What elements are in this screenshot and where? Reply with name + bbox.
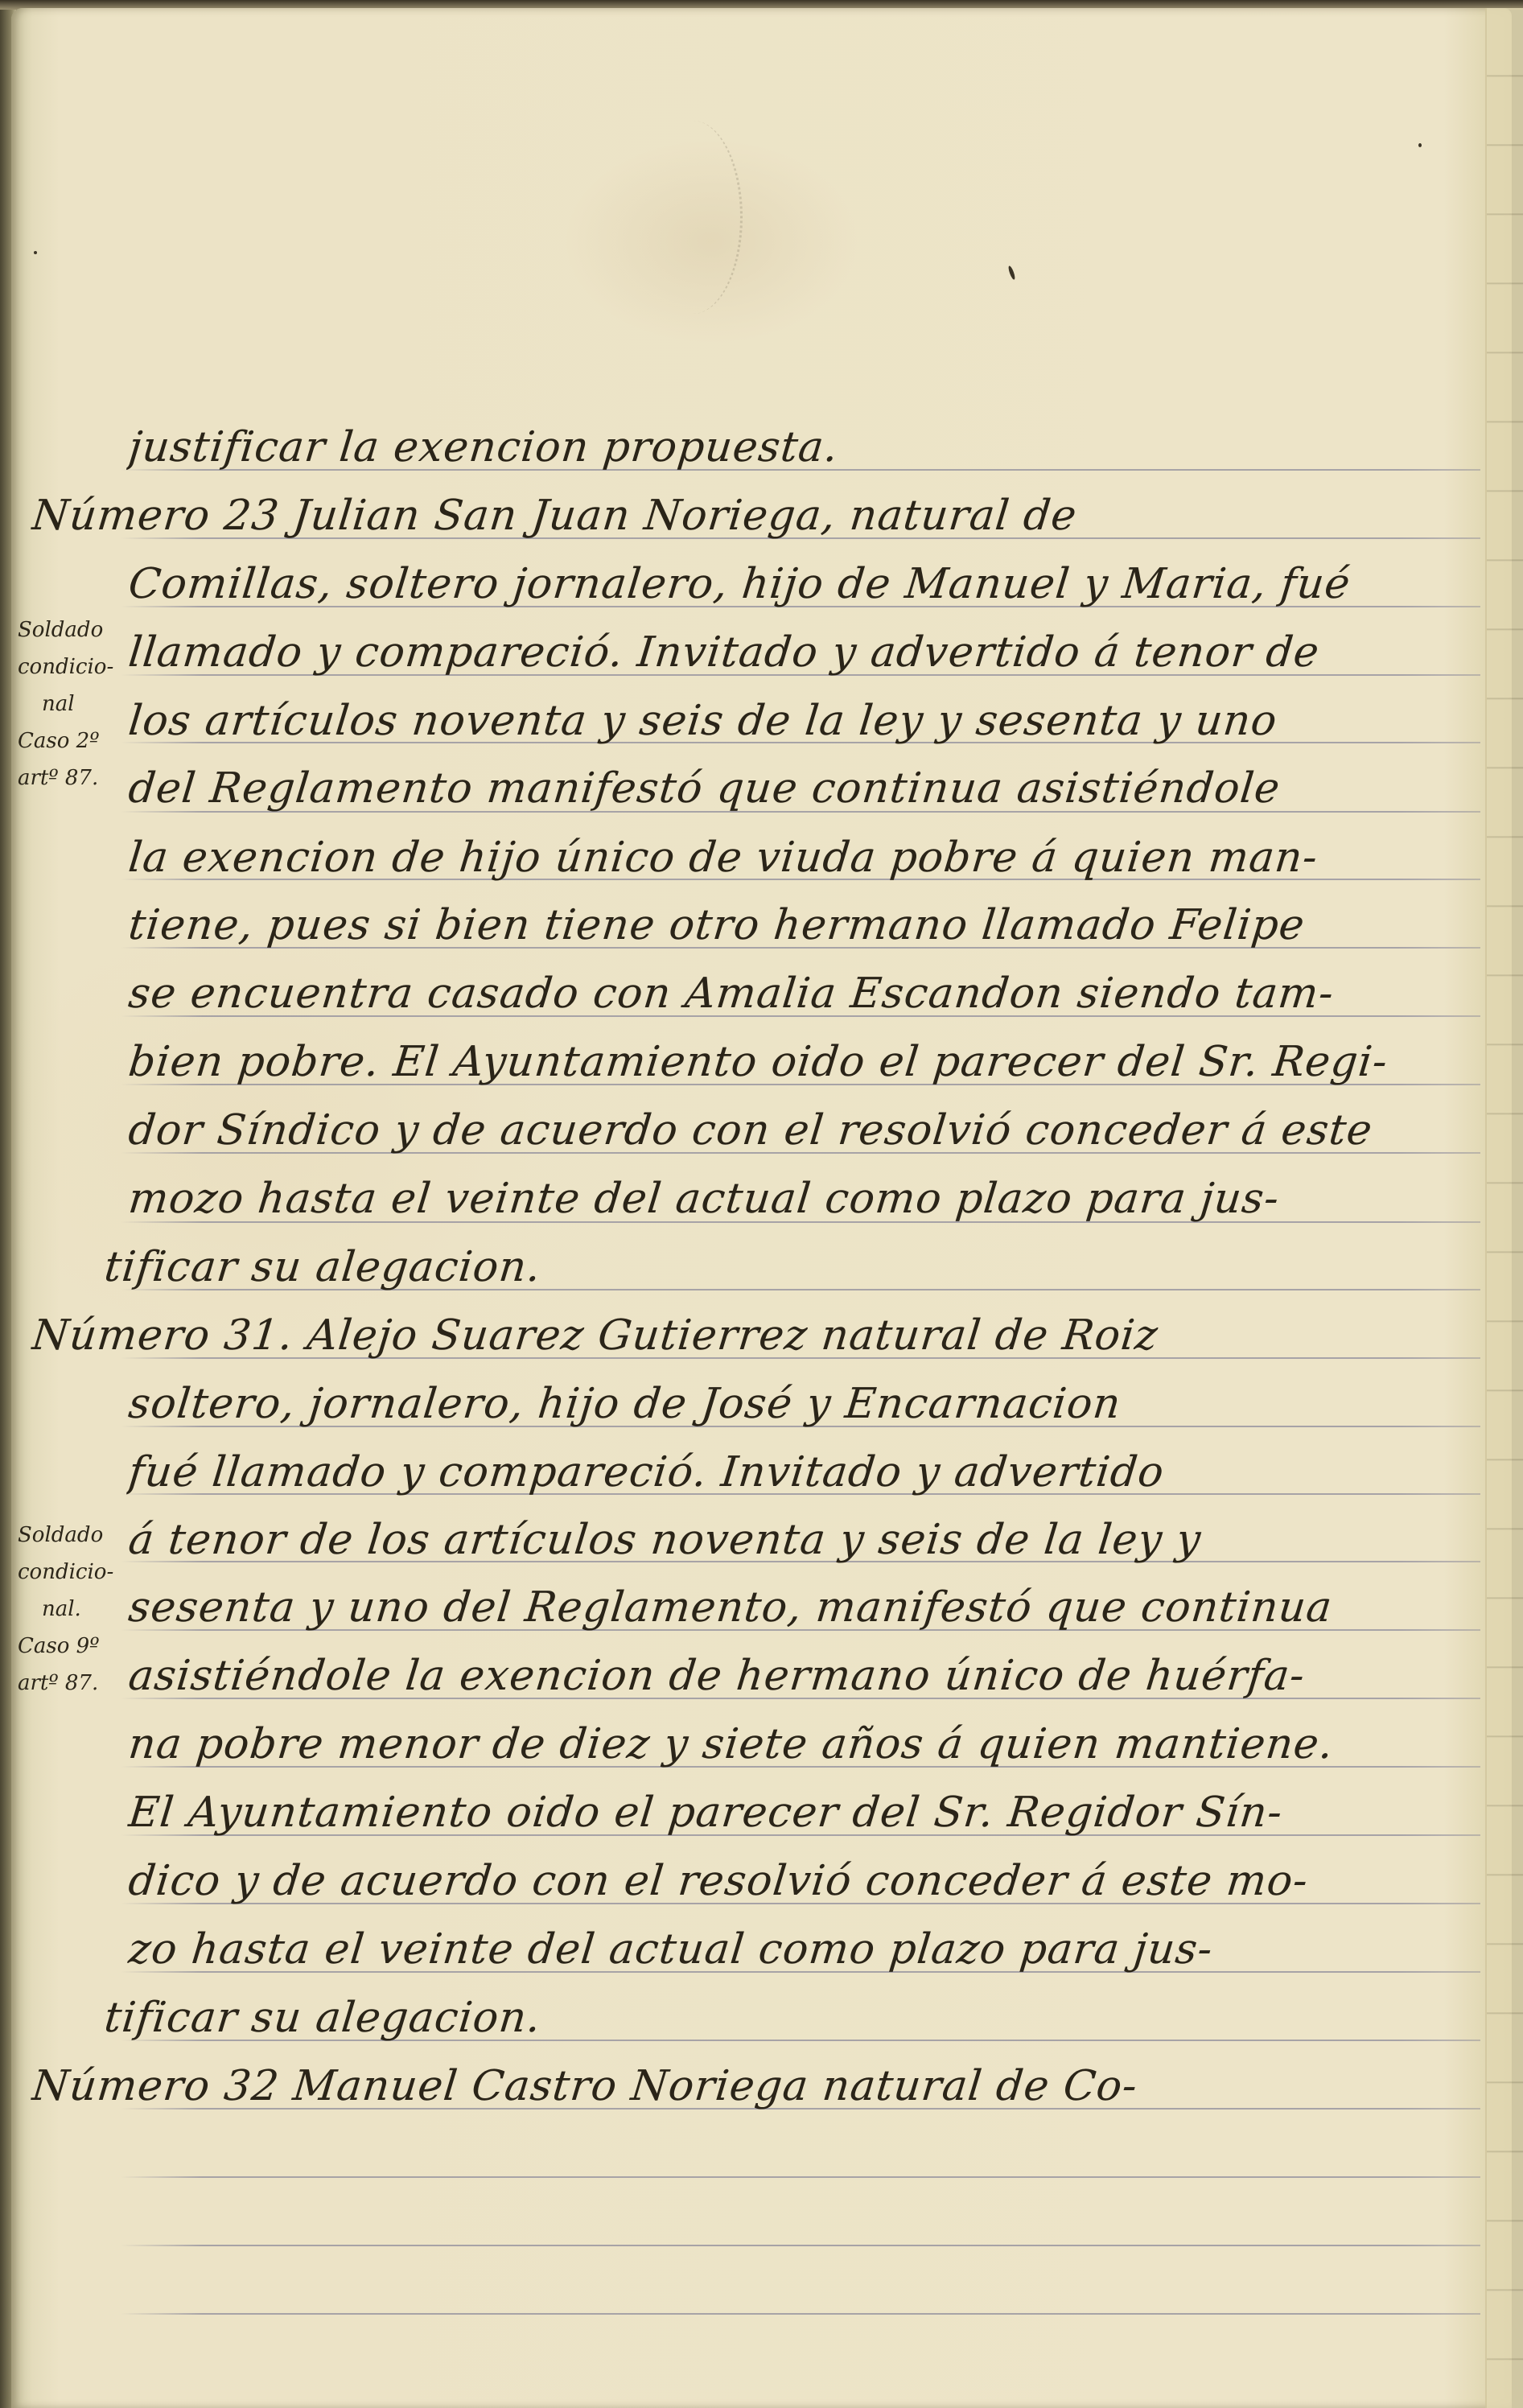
text-line: mozo hasta el veinte del actual como pla… xyxy=(126,1175,1459,1223)
text-line: dor Síndico y de acuerdo con el resolvió… xyxy=(126,1106,1459,1155)
text-line: á tenor de los artículos noventa y seis … xyxy=(126,1516,1459,1564)
text-line: bien pobre. El Ayuntamiento oido el pare… xyxy=(126,1038,1459,1086)
text-line: sesenta y uno del Reglamento, manifestó … xyxy=(126,1583,1459,1632)
text-line: los artículos noventa y seis de la ley y… xyxy=(126,697,1459,745)
margin-note-line: nal xyxy=(18,685,122,722)
text-line: asistiéndole la exencion de hermano únic… xyxy=(126,1652,1459,1700)
entry-heading-23: Número 23 Julian San Juan Noriega, natur… xyxy=(30,492,1362,540)
text-line: se encuentra casado con Amalia Escandon … xyxy=(126,969,1459,1018)
ruled-line xyxy=(121,2245,1480,2246)
margin-note-line: Caso 9º xyxy=(18,1628,122,1665)
margin-note-line: nal. xyxy=(18,1591,122,1628)
text-line: dico y de acuerdo con el resolvió conced… xyxy=(126,1857,1459,1905)
entry-heading-32: Número 32 Manuel Castro Noriega natural … xyxy=(30,2062,1362,2110)
margin-note-line: Caso 2º xyxy=(18,722,122,759)
text-line: El Ayuntamiento oido el parecer del Sr. … xyxy=(126,1789,1459,1837)
text-line: soltero, jornalero, hijo de José y Encar… xyxy=(126,1380,1459,1428)
text-line: fué llamado y compareció. Invitado y adv… xyxy=(126,1448,1459,1496)
margin-note-line: artº 87. xyxy=(18,1665,122,1702)
ink-speck xyxy=(1418,143,1422,147)
entry-heading-31: Número 31. Alejo Suarez Gutierrez natura… xyxy=(30,1311,1362,1360)
ruled-line xyxy=(121,2313,1480,2315)
text-line: zo hasta el veinte del actual como plazo… xyxy=(126,1925,1459,1974)
text-line: del Reglamento manifestó que continua as… xyxy=(126,764,1459,813)
margin-note-line: Soldado xyxy=(18,611,122,648)
text-line: na pobre menor de diez y siete años á qu… xyxy=(126,1720,1459,1768)
faded-stamp-mark xyxy=(644,121,743,314)
text-line: llamado y compareció. Invitado y adverti… xyxy=(126,628,1459,677)
margin-note-entry-23: Soldado condicio- nal Caso 2º artº 87. xyxy=(18,611,122,796)
ink-speck xyxy=(34,251,37,254)
margin-note-entry-31: Soldado condicio- nal. Caso 9º artº 87. xyxy=(18,1517,122,1702)
page-stack-edge xyxy=(1485,8,1523,2408)
margin-note-line: condicio- xyxy=(18,1554,122,1591)
text-line: la exencion de hijo único de viuda pobre… xyxy=(126,834,1459,882)
text-line: tificar su alegacion. xyxy=(102,1243,1435,1291)
text-line: tiene, pues si bien tiene otro hermano l… xyxy=(126,901,1459,949)
text-line: Comillas, soltero jornalero, hijo de Man… xyxy=(126,560,1459,608)
text-line: tificar su alegacion. xyxy=(102,1994,1435,2042)
margin-note-line: condicio- xyxy=(18,648,122,685)
margin-note-line: artº 87. xyxy=(18,759,122,796)
ruled-line xyxy=(121,2176,1480,2178)
text-line: justificar la exencion propuesta. xyxy=(126,423,1459,471)
margin-note-line: Soldado xyxy=(18,1517,122,1554)
